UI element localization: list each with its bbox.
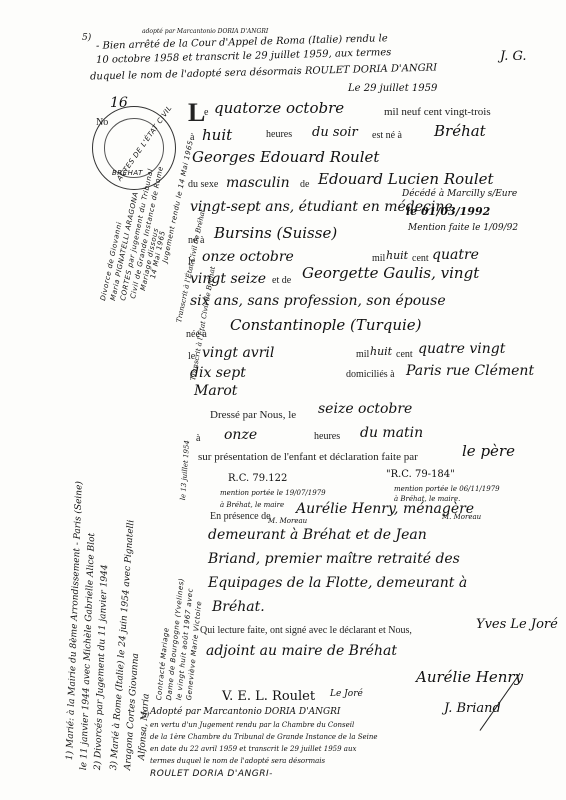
printed-text: heures: [266, 130, 292, 140]
printed-text: domiciliés à: [346, 370, 395, 380]
printed-text: En présence de: [210, 512, 271, 522]
printed-text: et de: [272, 276, 291, 286]
mention-ref: R.C. 79.122: [228, 474, 287, 484]
handwritten-text: le père: [462, 444, 515, 459]
margin-note: 2) Divorcés par Jugement du 11 janvier 1…: [94, 564, 110, 770]
handwritten-text: quatre: [432, 248, 479, 262]
annotation-line: duquel le nom de l'adopté sera désormais…: [90, 63, 437, 82]
annotation-superscript: adopté par Marcantonio DORIA D'ANGRI: [142, 29, 268, 35]
printed-text: mil: [372, 254, 385, 264]
printed-text: Qui lecture faite, ont signé avec le déc…: [200, 626, 412, 636]
margin-note: le 13 juillet 1954: [180, 440, 191, 500]
annotation-line: de la 1ère Chambre du Tribunal de Grande…: [150, 734, 378, 741]
printed-text: sur présentation de l'enfant et déclarat…: [198, 452, 418, 463]
printed-text: le: [188, 257, 195, 267]
handwritten-text: quatre vingt: [418, 342, 505, 356]
printed-text: heures: [314, 432, 340, 442]
handwritten-text: Bréhat: [434, 124, 486, 139]
printed-text: est né à: [372, 131, 402, 141]
mention-text: mention portée le 06/11/1979: [394, 486, 500, 493]
printed-text: L: [188, 100, 205, 126]
mention-signature: M. Moreau: [268, 518, 307, 525]
handwritten-text: Constantinople (Turquie): [230, 318, 422, 333]
handwritten-text: du matin: [360, 426, 423, 440]
stamp-subtext: BRÉHAT: [112, 170, 143, 177]
handwritten-text: Marot: [194, 384, 237, 398]
death-note: le 01/03/1992: [406, 206, 490, 217]
handwritten-text: onze: [224, 428, 257, 442]
printed-text: mil neuf cent vingt-trois: [384, 107, 491, 118]
signature-witness1: Aurélie Henry: [416, 670, 523, 685]
handwritten-text: Bréhat.: [212, 600, 265, 614]
handwritten-text: huit: [386, 250, 408, 261]
printed-text: né à: [188, 236, 204, 246]
mother-name: Georgette Gaulis, vingt: [302, 266, 479, 281]
handwritten-text: huit: [202, 128, 232, 143]
annotation-line: ROULET DORIA D'ANGRI-: [150, 770, 273, 779]
annotation-line: en vertu d'un Jugement rendu par la Cham…: [150, 722, 354, 729]
annotation-date: Le 29 juillet 1959: [348, 84, 437, 94]
printed-text: de: [300, 180, 309, 190]
signature-father: V. E. L. Roulet: [222, 690, 315, 703]
annotation-initials: J. G.: [500, 50, 527, 63]
handwritten-text: Aurélie Henry, ménagère: [296, 502, 474, 516]
annotation-line: termes duquel le nom de l'adopté sera dé…: [150, 758, 325, 765]
printed-text: cent: [412, 254, 429, 264]
handwritten-text: huit: [370, 346, 392, 357]
handwritten-text: demeurant à Bréhat et de Jean: [208, 528, 427, 542]
child-name: Georges Edouard Roulet: [192, 150, 379, 165]
handwritten-text: Equipages de la Flotte, demeurant à: [208, 576, 467, 590]
handwritten-text: vingt seize: [190, 272, 266, 286]
printed-text: Dressé par Nous, le: [210, 410, 296, 421]
handwritten-text: adjoint au maire de Bréhat: [206, 644, 397, 658]
annotation-line: en date du 22 avril 1959 et transcrit le…: [150, 746, 356, 753]
printed-text: à: [190, 133, 194, 143]
handwritten-text: Bursins (Suisse): [214, 226, 337, 241]
death-note: Décédé à Marcilly s/Eure: [402, 190, 517, 199]
handwritten-text: Yves Le Joré: [476, 618, 558, 631]
printed-text: e: [204, 108, 208, 118]
annotation-line: Adopté par Marcantonio DORIA D'ANGRI: [150, 708, 340, 717]
signature-mayor: Le Joré: [330, 690, 363, 699]
handwritten-text: quatorze octobre: [214, 101, 344, 116]
mention-ref: "R.C. 79-184": [386, 470, 455, 480]
mention-text: à Bréhat, le maire: [220, 502, 284, 509]
handwritten-text: masculin: [226, 176, 290, 190]
birth-certificate-scan: 5) adopté par Marcantonio DORIA D'ANGRI …: [0, 0, 566, 800]
handwritten-text: Paris rue Clément: [406, 364, 534, 378]
printed-text: à: [196, 434, 200, 444]
printed-text: mil: [356, 350, 369, 360]
printed-text: du sexe: [188, 180, 218, 190]
death-note: Mention faite le 1/09/92: [408, 224, 518, 233]
handwritten-text: Briand, premier maître retraité des: [208, 552, 460, 566]
mention-text: mention portée le 19/07/1979: [220, 490, 326, 497]
handwritten-text: seize octobre: [318, 402, 412, 416]
handwritten-text: vingt avril: [202, 346, 274, 360]
handwritten-text: six ans, sans profession, son épouse: [190, 294, 446, 308]
annotation-line: 10 octobre 1958 et transcrit le 29 juill…: [96, 48, 392, 66]
handwritten-text: du soir: [312, 126, 358, 139]
printed-text: cent: [396, 350, 413, 360]
father-name: Edouard Lucien Roulet: [318, 172, 494, 187]
handwritten-text: onze octobre: [202, 250, 294, 264]
annotation-marker: 5): [82, 34, 91, 43]
